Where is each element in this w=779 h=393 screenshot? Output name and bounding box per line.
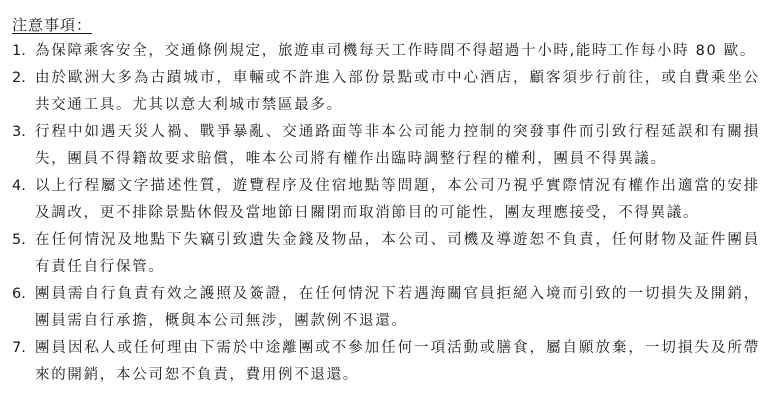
note-text: 為保障乘客安全，交通條例規定，旅遊車司機每天工作時間不得超過十小時,能時工作每小… (35, 38, 760, 65)
note-number: 1. (12, 38, 26, 65)
note-item-7: 7. 團員因私人或任何理由下需於中途離團或不參加任何一項活動或膳食，屬自願放棄，… (12, 335, 760, 389)
note-number: 3. (12, 119, 26, 146)
note-number: 7. (12, 335, 26, 362)
note-number: 6. (12, 281, 26, 308)
note-item-6: 6. 團員需自行負責有效之護照及簽證，在任何情況下若遇海關官員拒絕入境而引致的一… (12, 281, 760, 335)
note-item-3: 3. 行程中如遇天災人禍、戰爭暴亂、交通路面等非本公司能力控制的突發事件而引致行… (12, 119, 760, 173)
note-text: 行程中如遇天災人禍、戰爭暴亂、交通路面等非本公司能力控制的突發事件而引致行程延誤… (35, 119, 760, 173)
note-text: 在任何情況及地點下失竊引致遺失金錢及物品，本公司、司機及導遊恕不負責，任何財物及… (35, 227, 760, 281)
note-text: 由於歐洲大多為古蹟城市，車輛或不許進入部份景點或市中心酒店，顧客須步行前往，或自… (35, 65, 760, 119)
note-item-4: 4. 以上行程屬文字描述性質，遊覽程序及住宿地點等問題，本公司乃視乎實際情況有權… (12, 173, 760, 227)
note-text: 團員因私人或任何理由下需於中途離團或不參加任何一項活動或膳食，屬自願放棄，一切損… (35, 335, 760, 389)
note-number: 4. (12, 173, 26, 200)
notes-list: 1. 為保障乘客安全，交通條例規定，旅遊車司機每天工作時間不得超過十小時,能時工… (12, 38, 760, 389)
note-item-5: 5. 在任何情況及地點下失竊引致遺失金錢及物品，本公司、司機及導遊恕不負責，任何… (12, 227, 760, 281)
notes-document: 注意事項： 1. 為保障乘客安全，交通條例規定，旅遊車司機每天工作時間不得超過十… (12, 14, 760, 389)
notes-title: 注意事項： (12, 14, 760, 36)
note-text: 團員需自行負責有效之護照及簽證，在任何情況下若遇海關官員拒絕入境而引致的一切損失… (35, 281, 760, 335)
note-number: 5. (12, 227, 26, 254)
note-item-2: 2. 由於歐洲大多為古蹟城市，車輛或不許進入部份景點或市中心酒店，顧客須步行前往… (12, 65, 760, 119)
note-text: 以上行程屬文字描述性質，遊覽程序及住宿地點等問題，本公司乃視乎實際情況有權作出適… (35, 173, 760, 227)
note-number: 2. (12, 65, 26, 92)
note-item-1: 1. 為保障乘客安全，交通條例規定，旅遊車司機每天工作時間不得超過十小時,能時工… (12, 38, 760, 65)
